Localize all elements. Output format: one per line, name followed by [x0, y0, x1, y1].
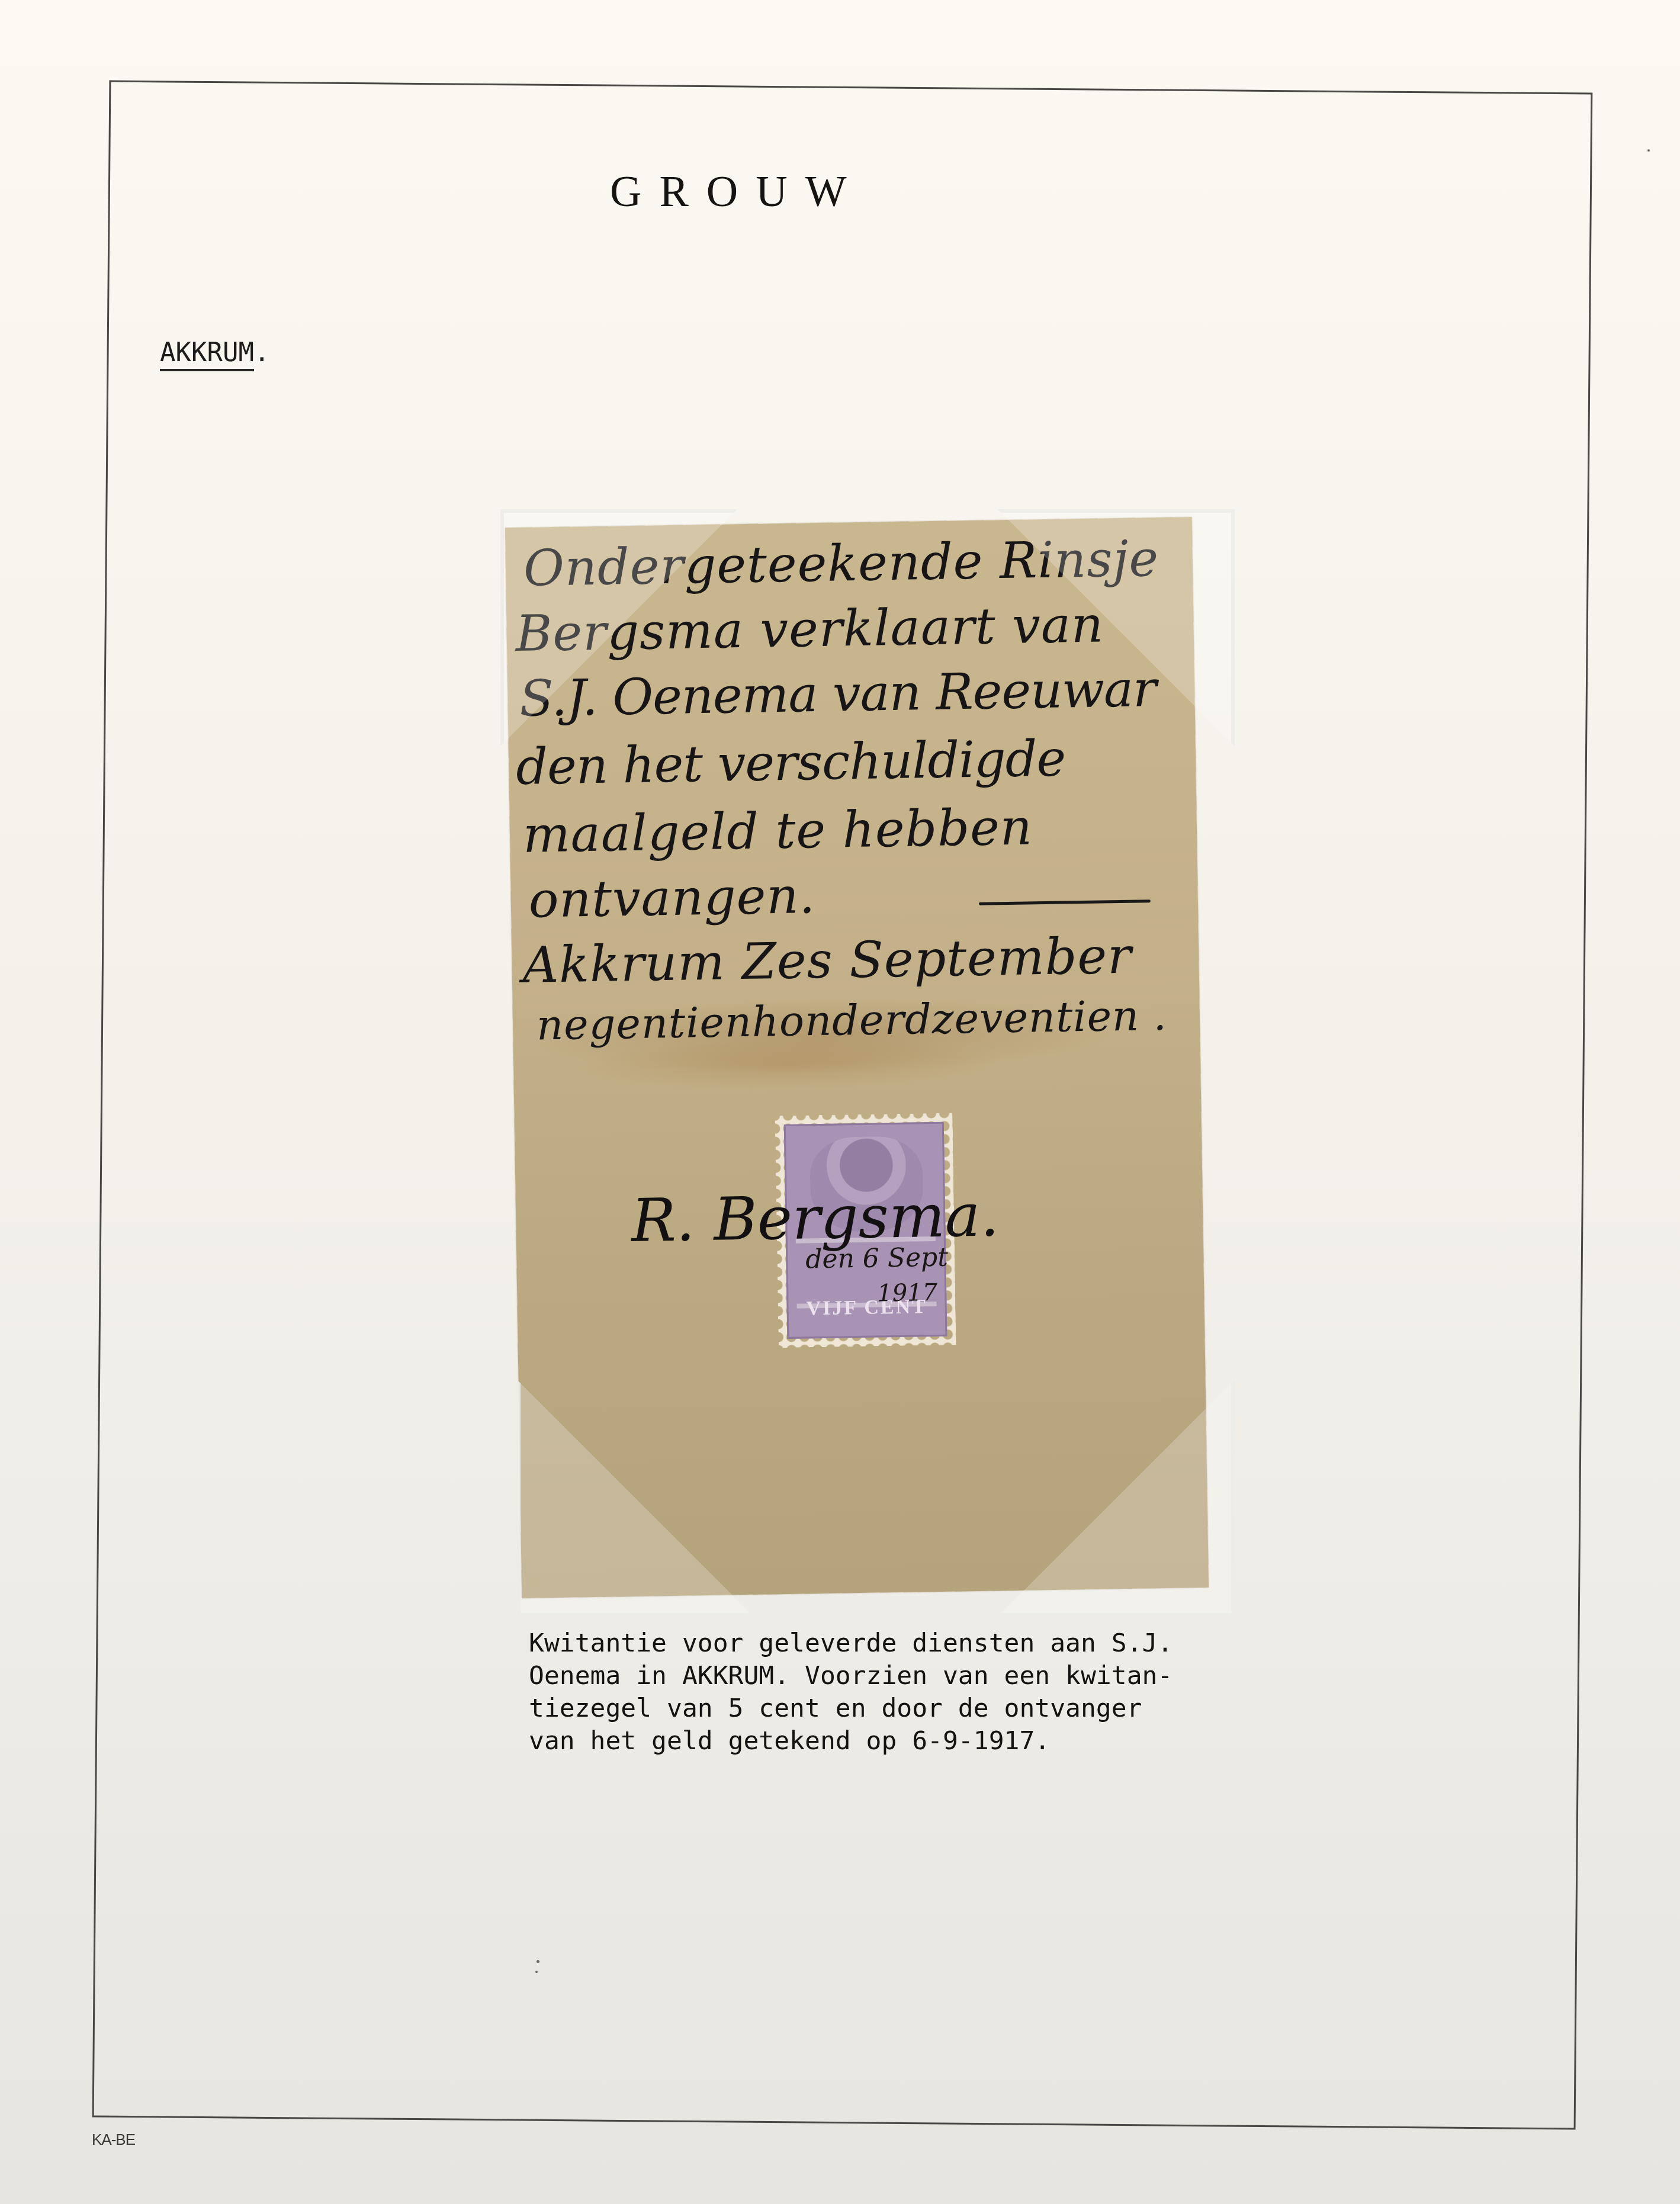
caption-line: Kwitantie voor geleverde diensten aan S.…	[529, 1627, 1239, 1660]
item-caption: Kwitantie voor geleverde diensten aan S.…	[529, 1627, 1239, 1758]
handwritten-line: ontvangen.	[528, 866, 816, 929]
handwritten-line: S.J. Oenema van Reeuwar	[519, 660, 1157, 728]
caption-line: Oenema in AKKRUM. Voorzien van een kwita…	[529, 1660, 1239, 1692]
paper-speck	[537, 1960, 539, 1963]
paper-speck	[535, 1971, 538, 1973]
stamp-cancel-year: 1917	[877, 1279, 938, 1307]
signature: R. Bergsma.	[631, 1180, 1000, 1255]
handwritten-line: negentienhonderdzeventien .	[536, 991, 1167, 1050]
album-page-code: KA-BE	[92, 2131, 135, 2149]
handwritten-line: Akkrum Zes September	[522, 927, 1132, 994]
handwritten-line: den het verschuldigde	[515, 729, 1065, 796]
mounted-item: Ondergeteekende Rinsje Bergsma verklaart…	[500, 509, 1235, 1617]
section-label-period: .	[254, 338, 270, 368]
handwritten-line: maalgeld te hebben	[522, 798, 1033, 864]
paper-speck	[1647, 149, 1650, 152]
section-label: AKKRUM	[160, 338, 254, 371]
handwritten-dash	[979, 899, 1151, 905]
caption-line: van het geld getekend op 6-9-1917.	[529, 1725, 1239, 1758]
receipt-card: Ondergeteekende Rinsje Bergsma verklaart…	[505, 517, 1209, 1598]
caption-line: tiezegel van 5 cent en door de ontvanger	[529, 1692, 1239, 1725]
section-heading: AKKRUM.	[160, 338, 269, 368]
page-title: GROUW	[610, 167, 859, 217]
